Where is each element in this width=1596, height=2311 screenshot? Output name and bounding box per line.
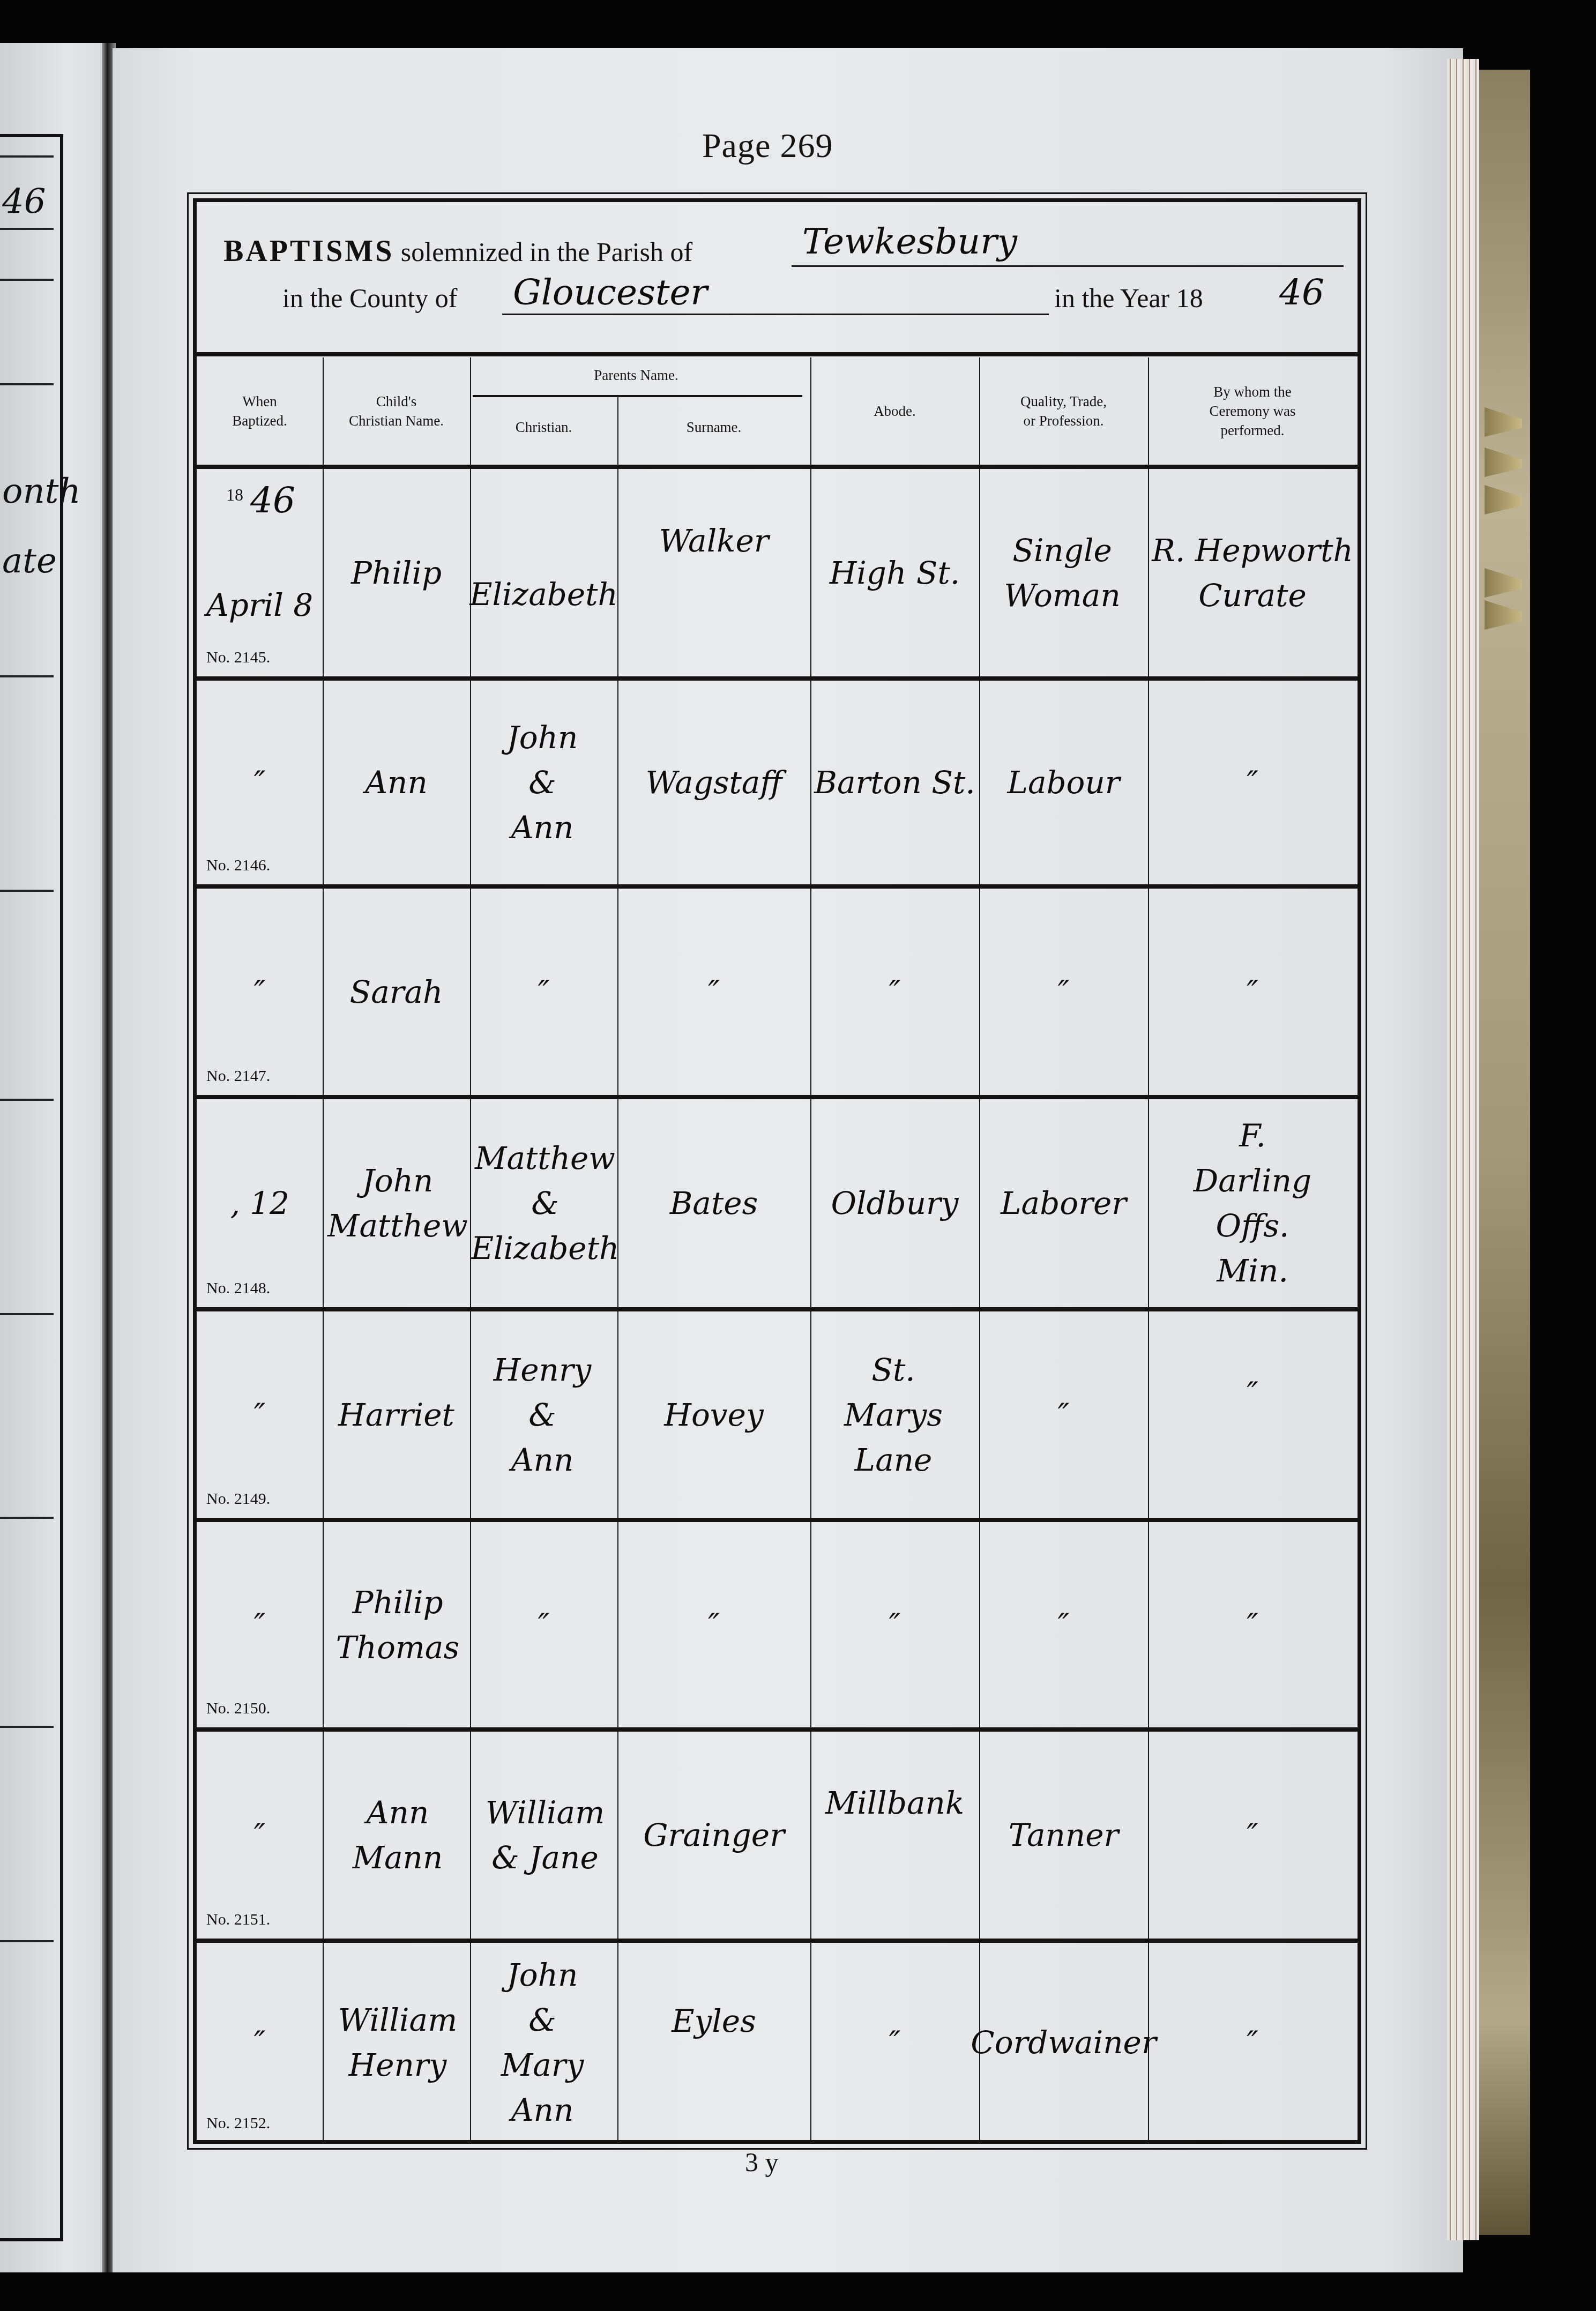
entry-parent-christian: Henry & Ann [499, 1311, 585, 1518]
register-entry: ″ Philip Thomas ″ ″ ″ ″ ″ No. 2150. [197, 1522, 1358, 1727]
register-entry: ″ Ann John & Ann Wagstaff Barton St. Lab… [197, 681, 1358, 884]
entry-child-name: Ann Mann [344, 1732, 451, 1939]
col-quality: Quality, Trade, or Profession. [979, 357, 1148, 465]
entry-child-name: Philip Thomas [344, 1522, 451, 1727]
entry-officiant: R. Hepworth Curate [1148, 469, 1357, 676]
entry-child-name: Harriet [323, 1311, 470, 1518]
book-cover-edge [1479, 70, 1530, 2235]
left-page-rule [0, 1726, 54, 1728]
entry-surname: Eyles [617, 1921, 810, 2121]
entry-surname: Walker [617, 437, 810, 644]
entry-abode: ″ [810, 1943, 979, 2142]
heading-line-1: BAPTISMS solemnized in the Parish of [223, 234, 692, 269]
heading-rule [197, 352, 1358, 356]
entry-abode: ″ [810, 889, 979, 1095]
register-heading: BAPTISMS solemnized in the Parish of Tew… [197, 202, 1358, 357]
county-name: Gloucester [513, 272, 707, 313]
left-page-fragment: 46 [2, 182, 46, 222]
entry-number: No. 2146. [206, 856, 270, 875]
col-child-label: Child's Christian Name. [348, 392, 445, 430]
col-when-label: When Baptized. [225, 392, 295, 430]
entry-number: No. 2148. [206, 1279, 270, 1298]
entry-officiant: F. Darling Offs. Min. [1183, 1099, 1322, 1307]
entry-quality: Labour [979, 681, 1148, 884]
entry-abode: ″ [810, 1522, 979, 1727]
col-parents-name: Parents Name. [470, 367, 802, 384]
entry-quality: ″ [979, 889, 1148, 1095]
entry-parent-christian: ″ [470, 889, 617, 1095]
year-suffix: 46 [1279, 272, 1324, 313]
left-page-rule [0, 1940, 54, 1942]
entry-abode: High St. [810, 469, 979, 676]
signature-mark: 3 y [745, 2146, 779, 2178]
entry-number: No. 2149. [206, 1490, 270, 1508]
entry-quality: Laborer [979, 1099, 1148, 1307]
entry-child-name: John Matthew [344, 1099, 451, 1307]
parish-underline [792, 265, 1344, 267]
entry-number: No. 2150. [206, 1699, 270, 1718]
register-entry: ″ Harriet Henry & Ann Hovey St. Marys La… [197, 1311, 1358, 1518]
entry-child-name: Ann [323, 681, 470, 884]
register-entry: ″ William Henry John & Mary Ann Eyles ″ … [197, 1943, 1358, 2142]
left-page-rule [0, 279, 54, 281]
entry-quality: Cordwainer [979, 1943, 1148, 2142]
page-edges [1447, 59, 1479, 2240]
heading-year-label: in the Year 18 [1054, 283, 1203, 313]
entry-parent-christian: Elizabeth [470, 490, 617, 698]
heading-baptisms: BAPTISMS [223, 235, 394, 268]
register-entry: ″ Sarah ″ ″ ″ ″ ″ No. 2147. [197, 889, 1358, 1095]
entry-when: ‚ 12 [197, 1099, 323, 1307]
entry-when: ″ [197, 889, 323, 1095]
heading-year: in the Year 18 [1054, 282, 1203, 314]
left-page-rule [0, 1313, 54, 1315]
left-page-rule [0, 1099, 54, 1101]
left-page-fragment: onth [2, 472, 81, 511]
entry-number: No. 2151. [206, 1911, 270, 1929]
entry-parent-christian: William & Jane [494, 1732, 596, 1939]
entry-surname: Wagstaff [617, 681, 810, 884]
entry-number: No. 2152. [206, 2114, 270, 2133]
heading-parish-label: solemnized in the Parish of [401, 237, 692, 267]
parish-name: Tewkesbury [802, 221, 1017, 262]
baptism-register-table: BAPTISMS solemnized in the Parish of Tew… [193, 198, 1361, 2144]
row-rule [197, 1518, 1358, 1522]
entry-surname: Bates [617, 1099, 810, 1307]
left-facing-page: 46 onth ate [0, 43, 113, 2272]
left-page-frame [0, 134, 63, 2241]
col-officiant-label: By whom the Ceremony was performed. [1194, 382, 1311, 440]
entry-abode: Barton St. [810, 681, 979, 884]
register-entry: ″ Ann Mann William & Jane Grainger Millb… [197, 1732, 1358, 1939]
entry-when: ″ [197, 1732, 323, 1939]
entry-child-name: Sarah [323, 889, 470, 1095]
left-page-rule [0, 675, 54, 677]
county-underline [502, 314, 1049, 315]
entry-officiant: ″ [1148, 1290, 1357, 1496]
left-page-rule [0, 1517, 54, 1519]
col-abode: Abode. [810, 357, 979, 465]
entry-officiant: ″ [1148, 1943, 1357, 2142]
entry-surname: Grainger [617, 1732, 810, 1939]
entry-when: ″ [197, 681, 323, 884]
entry-when: ″ [197, 1522, 323, 1727]
heading-line-2: in the County of [282, 282, 457, 314]
left-page-rule [0, 155, 54, 158]
register-entry: ‚ 12 John Matthew Matthew & Elizabeth Ba… [197, 1099, 1358, 1307]
left-page-fragment: ate [2, 541, 57, 581]
entry-officiant: ″ [1148, 1732, 1357, 1939]
col-surname-label: Surname. [687, 418, 742, 437]
entry-quality: ″ [979, 1311, 1148, 1518]
entry-number: No. 2145. [206, 648, 270, 667]
heading-county-label: in the County of [282, 283, 457, 313]
entry-parent-christian: John & Ann [499, 681, 585, 884]
col-officiant: By whom the Ceremony was performed. [1148, 357, 1357, 465]
left-page-rule [0, 228, 54, 230]
entry-when: ″ [197, 1943, 323, 2142]
entry-when: ″ [197, 1311, 323, 1518]
page-number: Page 269 [702, 126, 833, 166]
row-rule [197, 1727, 1358, 1732]
col-quality-label: Quality, Trade, or Profession. [1013, 392, 1115, 430]
entry-quality: ″ [979, 1522, 1148, 1727]
entry-quality: Tanner [979, 1732, 1148, 1939]
col-parents-christian: Christian. [470, 390, 617, 465]
col-when-baptized: When Baptized. [197, 357, 323, 465]
register-entry: 18 46 April 8 Philip Elizabeth Walker Hi… [197, 469, 1358, 676]
entry-abode: Millbank [810, 1699, 979, 1906]
entry-quality: Single Woman [1009, 469, 1116, 676]
entry-child-name: Philip [323, 469, 470, 676]
entry-officiant: ″ [1148, 1522, 1357, 1727]
left-page-rule [0, 383, 54, 385]
entry-abode: St. Marys Lane [834, 1311, 952, 1518]
entry-officiant: ″ [1148, 681, 1357, 884]
entry-surname: ″ [617, 889, 810, 1095]
left-page-rule [0, 890, 54, 892]
entry-parent-christian: Matthew & Elizabeth [486, 1099, 604, 1307]
entry-number: No. 2147. [206, 1067, 270, 1085]
entry-surname: Hovey [617, 1311, 810, 1518]
entry-parent-christian: John & Mary Ann [497, 1943, 588, 2142]
row-rule [197, 1095, 1358, 1099]
row-rule [197, 676, 1358, 681]
entry-officiant: ″ [1148, 889, 1357, 1095]
col-abode-label: Abode. [874, 401, 916, 421]
col-parents-christian-label: Christian. [516, 418, 572, 437]
entry-parent-christian: ″ [470, 1522, 617, 1727]
entry-surname: ″ [617, 1522, 810, 1727]
entry-abode: Oldbury [810, 1099, 979, 1307]
entry-child-name: William Henry [344, 1943, 451, 2142]
col-childs-name: Child's Christian Name. [323, 357, 470, 465]
row-rule [197, 884, 1358, 889]
